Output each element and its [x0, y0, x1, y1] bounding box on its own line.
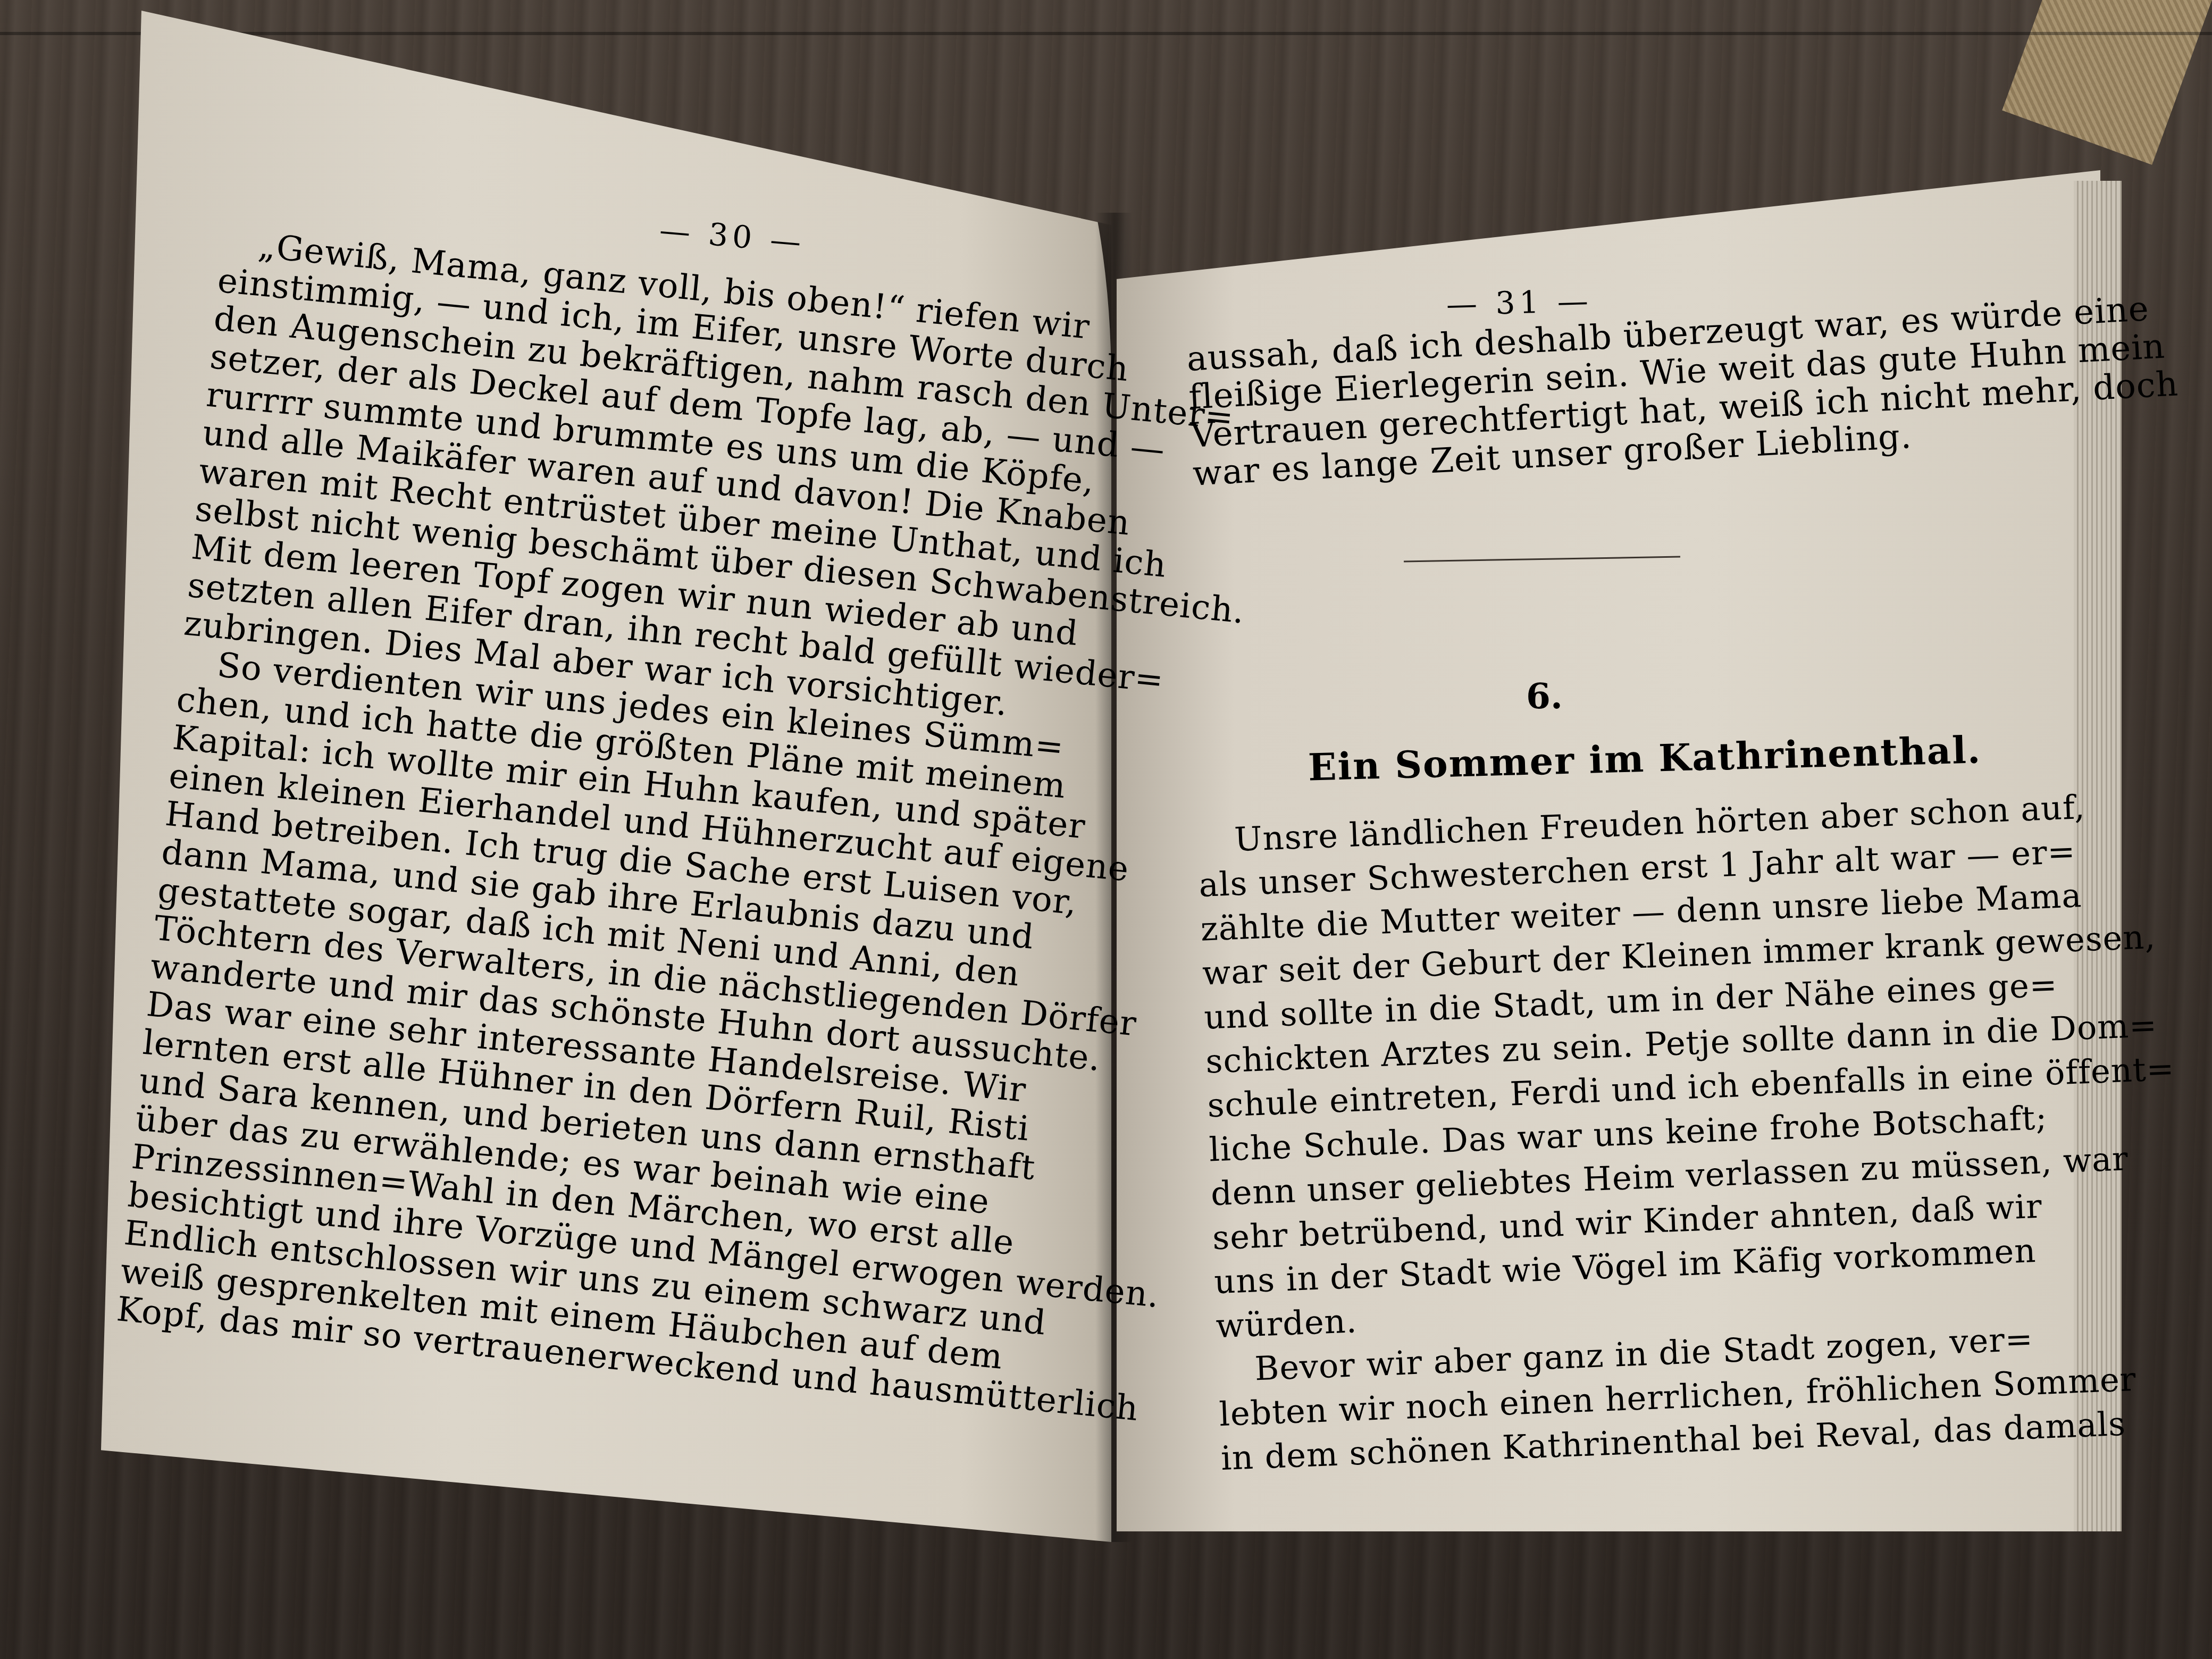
cloth-corner	[2002, 0, 2212, 165]
left-page-text: „Gewiß, Mama, ganz voll, bis oben!“ rief…	[115, 223, 1070, 1411]
right-page-body-text: Unsre ländlichen Freuden hörten aber sch…	[1196, 789, 1998, 1480]
wood-grain	[0, 32, 2212, 35]
page-number-right: — 31 —	[1446, 282, 1593, 322]
chapter-number: 6.	[1526, 675, 1563, 717]
